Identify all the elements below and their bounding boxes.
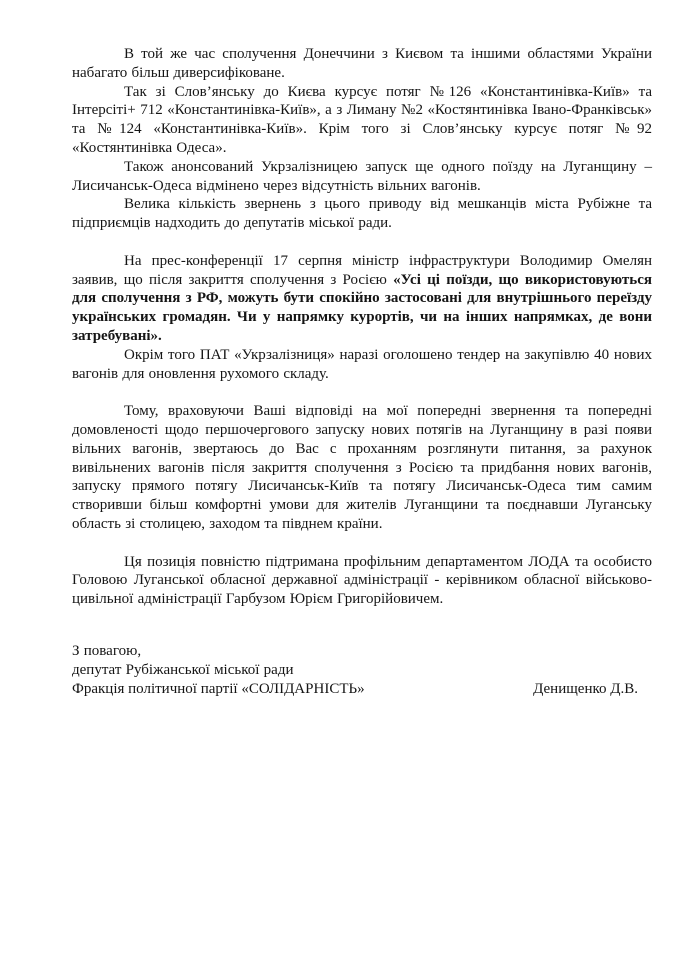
closing-block: З повагою, депутат Рубіжанської міської … bbox=[72, 642, 652, 699]
closing-faction: Фракція політичної партії «СОЛІДАРНІСТЬ» bbox=[72, 680, 365, 699]
signer-name: Денищенко Д.В. bbox=[533, 680, 638, 699]
letter-page: В той же час сполучення Донеччини з Києв… bbox=[0, 0, 678, 960]
closing-salutation: З повагою, bbox=[72, 642, 652, 661]
paragraph-support: Ця позиція повністю підтримана профільни… bbox=[72, 553, 652, 609]
paragraph-train-routes: Так зі Слов’янську до Києва курсує потяг… bbox=[72, 83, 652, 158]
paragraph-citizen-appeals: Велика кількість звернень з цього привод… bbox=[72, 195, 652, 233]
paragraph-request: Тому, враховуючи Ваші відповіді на мої п… bbox=[72, 402, 652, 534]
paragraph-cancelled-train: Також анонсований Укрзалізницею запуск щ… bbox=[72, 158, 652, 196]
paragraph-minister-quote: На прес-конференції 17 серпня міністр ін… bbox=[72, 252, 652, 346]
paragraph-diversification: В той же час сполучення Донеччини з Києв… bbox=[72, 45, 652, 83]
signature-row: Фракція політичної партії «СОЛІДАРНІСТЬ»… bbox=[72, 680, 652, 699]
paragraph-tender: Окрім того ПАТ «Укрзалізниця» наразі ого… bbox=[72, 346, 652, 384]
closing-position: депутат Рубіжанської міської ради bbox=[72, 661, 652, 680]
